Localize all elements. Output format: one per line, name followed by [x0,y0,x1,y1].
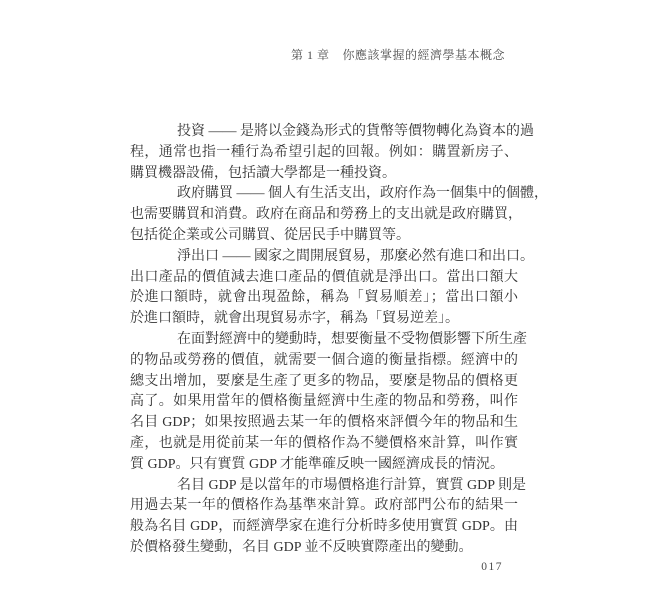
book-page: 第 1 章你應該掌握的經濟學基本概念 投資 —— 是將以金錢為形式的貨幣等價物轉… [0,0,655,609]
text-line: 於進口額時，就會出現貿易赤字，稱為「貿易逆差」。 [130,309,518,330]
text-line: 出口產品的價值減去進口產品的價值就是淨出口。當出口額大 [130,268,518,289]
paragraph-gdp-measure: 在面對經濟中的變動時，想要衡量不受物價影響下所生產 的物品或勞務的價值，就需要一… [130,330,518,476]
text-line: 般為名目 GDP，而經濟學家在進行分析時多使用實質 GDP。由 [130,517,518,538]
chapter-title: 你應該掌握的經濟學基本概念 [342,48,505,62]
text-line: 高了。如果用當年的價格衡量經濟中生產的物品和勞務，叫作 [130,392,518,413]
body-text: 投資 —— 是將以金錢為形式的貨幣等價物轉化為資本的過 程，通常也指一種行為希望… [130,122,518,559]
text-line: 的物品或勞務的價值，就需要一個合適的衡量指標。經濟中的 [130,351,518,372]
text-line: 購買機器設備，包括讀大學都是一種投資。 [130,164,518,185]
page-number: 017 [481,561,503,573]
text-line: 也需要購買和消費。政府在商品和勞務上的支出就是政府購買， [130,205,518,226]
text-line: 在面對經濟中的變動時，想要衡量不受物價影響下所生產 [130,330,518,351]
text-line: 程，通常也指一種行為希望引起的回報。例如：購置新房子、 [130,143,518,164]
paragraph-nominal-vs-real-gdp: 名目 GDP 是以當年的市場價格進行計算，實質 GDP 則是 用過去某一年的價格… [130,476,518,559]
text-line: 政府購買 —— 個人有生活支出，政府作為一個集中的個體， [130,184,518,205]
text-line: 於進口額時，就會出現盈餘，稱為「貿易順差」；當出口額小 [130,288,518,309]
text-line: 包括從企業或公司購買、從居民手中購買等。 [130,226,518,247]
text-line: 淨出口 —— 國家之間開展貿易，那麼必然有進口和出口。 [130,247,518,268]
paragraph-investment: 投資 —— 是將以金錢為形式的貨幣等價物轉化為資本的過 程，通常也指一種行為希望… [130,122,518,184]
text-line: 於價格發生變動，名目 GDP 並不反映實際產出的變動。 [130,538,518,559]
paragraph-net-exports: 淨出口 —— 國家之間開展貿易，那麼必然有進口和出口。 出口產品的價值減去進口產… [130,247,518,330]
paragraph-government-purchase: 政府購買 —— 個人有生活支出，政府作為一個集中的個體， 也需要購買和消費。政府… [130,184,518,246]
text-line: 產，也就是用從前某一年的價格作為不變價格來計算，叫作實 [130,434,518,455]
chapter-number: 第 1 章 [291,48,330,62]
running-header: 第 1 章你應該掌握的經濟學基本概念 [291,46,505,63]
text-line: 質 GDP。只有實質 GDP 才能準確反映一國經濟成長的情況。 [130,455,518,476]
text-line: 名目 GDP；如果按照過去某一年的價格來評價今年的物品和生 [130,413,518,434]
text-line: 用過去某一年的價格作為基準來計算。政府部門公布的結果一 [130,496,518,517]
text-line: 總支出增加，要麼是生產了更多的物品，要麼是物品的價格更 [130,372,518,393]
text-line: 投資 —— 是將以金錢為形式的貨幣等價物轉化為資本的過 [130,122,518,143]
text-line: 名目 GDP 是以當年的市場價格進行計算，實質 GDP 則是 [130,476,518,497]
